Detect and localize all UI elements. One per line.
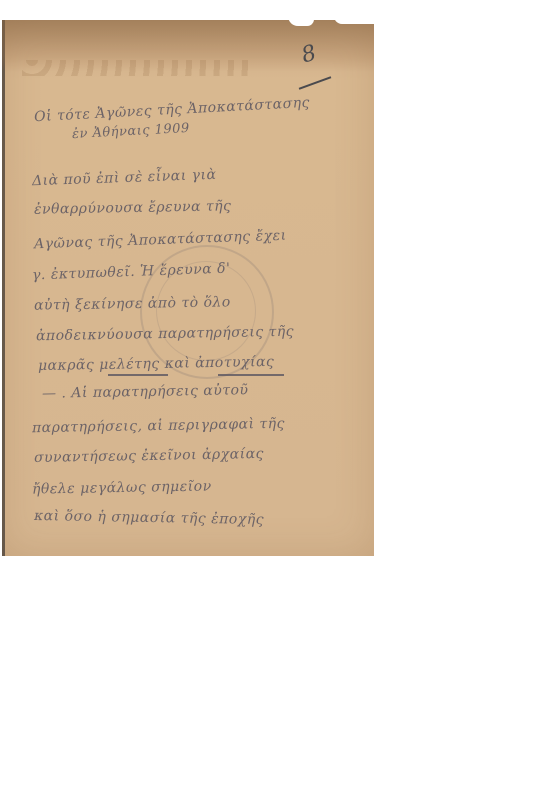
water-stain-edge	[22, 60, 252, 76]
heading-line: ἐν Ἀθήναις 1909	[72, 121, 190, 142]
scan-edge	[2, 20, 5, 556]
body-line: ἐνθαρρύνουσα ἔρευνα τῆς	[34, 198, 232, 217]
torn-edge	[334, 20, 374, 24]
body-line: ἤθελε μεγάλως σημεῖον	[32, 478, 212, 497]
page-number-underline	[299, 76, 332, 90]
body-line: Διὰ ποῦ ἐπὶ σὲ εἶναι γιὰ	[32, 167, 217, 189]
body-line: παρατηρήσεις, αἱ περιγραφαὶ τῆς	[32, 416, 285, 436]
underline	[108, 374, 168, 376]
body-line: Αγῶνας τῆς Ἀποκατάστασης ἔχει	[34, 228, 287, 253]
body-line: καὶ ὅσο ἡ σημασία τῆς ἐποχῆς	[34, 508, 264, 528]
body-line: μακρᾶς μελέτης καὶ ἀποτυχίας	[38, 354, 275, 374]
underline	[218, 374, 284, 376]
body-line: αὐτὴ ξεκίνησε ἀπὸ τὸ ὅλο	[34, 294, 231, 313]
manuscript-page: 8 Οἱ τότε Ἀγῶνες τῆς Ἀποκατάστασης ἐν Ἀθ…	[2, 20, 374, 556]
heading-line: Οἱ τότε Ἀγῶνες τῆς Ἀποκατάστασης	[34, 95, 311, 125]
body-line: συναντήσεως ἐκεῖνοι ἀρχαίας	[34, 446, 264, 466]
body-line: — . Αἱ παρατηρήσεις αὐτοῦ	[42, 382, 249, 402]
